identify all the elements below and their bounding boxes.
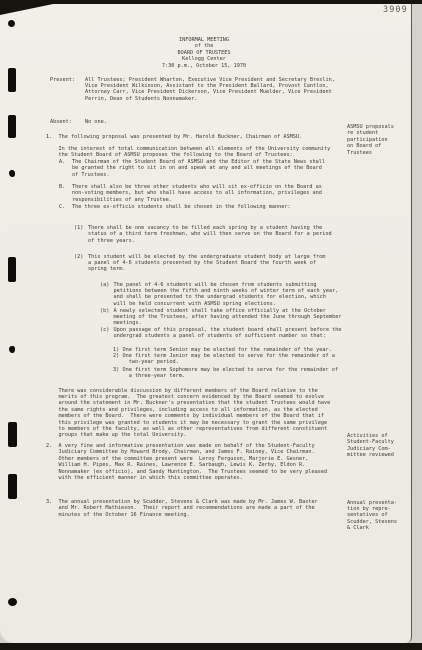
scanned-minutes-page: { "page_number": "3909", "doc": { "heade… <box>0 0 422 650</box>
text-line: Judiciary Committee by Howard Brody, Cha… <box>59 449 328 455</box>
item1-number: 1. <box>46 134 52 140</box>
item1-text: The following proposal was presented by … <box>59 134 303 140</box>
text-line: William H. Pipes, Max R. Raines, Lawrenc… <box>59 462 328 468</box>
option-3-text: One first term Sophomore may be elected … <box>123 367 339 380</box>
text-line: One first term Senior may be elected for… <box>123 347 332 353</box>
text-line: In the interest of total communication b… <box>59 146 331 152</box>
binding-mark <box>8 68 16 92</box>
text-line: One first term Sophomore may be elected … <box>123 367 339 373</box>
text-line: All Trustees; President Wharton, Executi… <box>85 77 335 83</box>
text-line: Upon passage of this proposal, the stude… <box>114 327 342 333</box>
item3-text: The annual presentation by Scudder, Stev… <box>59 499 318 518</box>
margin-note-item1: ASMSU proposalsre studentparticipationon… <box>347 124 394 156</box>
proposal-c-text: The three ex-officio students shall be c… <box>72 204 291 210</box>
discussion-paragraph: There was considerable discussion by dif… <box>59 388 331 439</box>
option-1-label: 1) <box>113 347 119 353</box>
item2-text: A very fine and informative presentation… <box>59 443 328 481</box>
text-line: 7:30 p.m., October 15, 1970 <box>58 63 350 69</box>
option-3-label: 3) <box>113 367 119 373</box>
item1-intro: In the interest of total communication b… <box>59 146 331 159</box>
subclause-a-text: The panel of 4-6 students will be chosen… <box>114 282 339 308</box>
subclause-a-label: (a) <box>100 282 109 288</box>
text-line: The three ex-officio students shall be c… <box>72 204 291 210</box>
proposal-b-text: There shall also be three other students… <box>72 184 322 203</box>
text-line: undergrad students a panel of students o… <box>114 333 342 339</box>
clause-2-label: (2) <box>74 254 83 260</box>
text-line: groups that make up the total University… <box>59 432 331 438</box>
margin-note-item2: Activities ofStudent-FacultyJudiciary Co… <box>347 433 394 459</box>
text-line: a three-year term. <box>123 373 339 379</box>
doc-header: INFORMAL MEETINGof theBOARD OF TRUSTEESK… <box>58 37 350 69</box>
text-line: There was considerable discussion by dif… <box>59 388 331 394</box>
absent-label: Absent: <box>50 119 72 125</box>
subclause-b-text: A newly selected student shall take offi… <box>114 308 342 327</box>
binding-mark <box>8 422 17 447</box>
text-line: and Mr. Robert Mathieson. Their report a… <box>59 505 318 511</box>
binding-mark <box>9 346 15 353</box>
option-1-text: One first term Senior may be elected for… <box>123 347 332 353</box>
proposal-a-text: The Chairman of the Student Board of ASM… <box>72 159 325 178</box>
margin-note-item3: Annual presenta-tion by repre-sentatives… <box>347 500 397 532</box>
text-line: two-year period. <box>123 359 335 365</box>
text-line: minutes of the October 16 Finance meetin… <box>59 512 318 518</box>
text-line: The following proposal was presented by … <box>59 134 303 140</box>
text-line: spring term. <box>88 266 325 272</box>
item3-number: 3. <box>46 499 52 505</box>
text-line: be granted the right to sit in on and sp… <box>72 165 325 171</box>
text-line: Attorney Carr, Vice President Dickerson,… <box>85 89 335 95</box>
item2-number: 2. <box>46 443 52 449</box>
option-2-label: 2) <box>113 353 119 359</box>
text-line: Trustees <box>347 150 394 156</box>
text-line: and shall be presented to the undergrad … <box>114 294 339 300</box>
proposal-b-label: B. <box>59 184 65 190</box>
text-line: status of a third term freshman, who wil… <box>88 231 332 237</box>
text-line: mittee reviewed <box>347 452 394 458</box>
clause-1-text: There shall be one vacancy to be filled … <box>88 225 332 244</box>
subclause-c-label: (c) <box>100 327 109 333</box>
subclause-c-text: Upon passage of this proposal, the stude… <box>114 327 342 340</box>
text-line: meeting of the Trustees, after having at… <box>114 314 342 320</box>
text-line: No one. <box>85 119 107 125</box>
clause-1-label: (1) <box>74 225 83 231</box>
text-line: this privilege was granted to students i… <box>59 420 331 426</box>
text-line: Perrin, Dean of Students Nonnamaker. <box>85 96 335 102</box>
text-line: the Student Board of ASMSU proposes the … <box>59 152 331 158</box>
text-line: will be held concurrent with ASMSU sprin… <box>114 301 339 307</box>
text-line: This student will be elected by the unde… <box>88 254 325 260</box>
text-line: & Clark <box>347 525 397 531</box>
option-2-text: One first term Junior may be elected to … <box>123 353 335 366</box>
text-line: Annual presenta- <box>347 500 397 506</box>
text-line: The panel of 4-6 students will be chosen… <box>114 282 339 288</box>
scan-bottom-edge <box>0 643 422 650</box>
text-line: Student-Faculty <box>347 439 394 445</box>
clause-2-text: This student will be elected by the unde… <box>88 254 325 273</box>
proposal-c-label: C. <box>59 204 65 210</box>
binding-mark <box>8 257 16 282</box>
scan-top-edge <box>0 0 422 4</box>
text-line: of three years. <box>88 238 332 244</box>
page-number: 3909 <box>383 5 408 15</box>
absent-text: No one. <box>85 119 107 125</box>
binding-mark <box>8 474 17 499</box>
present-list: All Trustees; President Wharton, Executi… <box>85 77 335 103</box>
text-line: with the efficient manner in which this … <box>59 475 328 481</box>
subclause-b-label: (b) <box>100 308 109 314</box>
text-line: non-voting members, but who shall have a… <box>72 190 322 196</box>
text-line: A newly selected student shall take offi… <box>114 308 342 314</box>
proposal-a-label: A. <box>59 159 65 165</box>
binding-mark <box>8 598 17 606</box>
binding-mark <box>9 170 15 177</box>
text-line: members of the Board. There were comment… <box>59 413 331 419</box>
present-label: Present: <box>50 77 75 83</box>
binding-mark <box>8 20 15 27</box>
text-line: around the statement in Mr. Buckner's pr… <box>59 400 331 406</box>
text-line: responsibilities of any Trustee. <box>72 197 322 203</box>
text-line: of Trustees. <box>72 172 325 178</box>
binding-mark <box>8 115 16 138</box>
